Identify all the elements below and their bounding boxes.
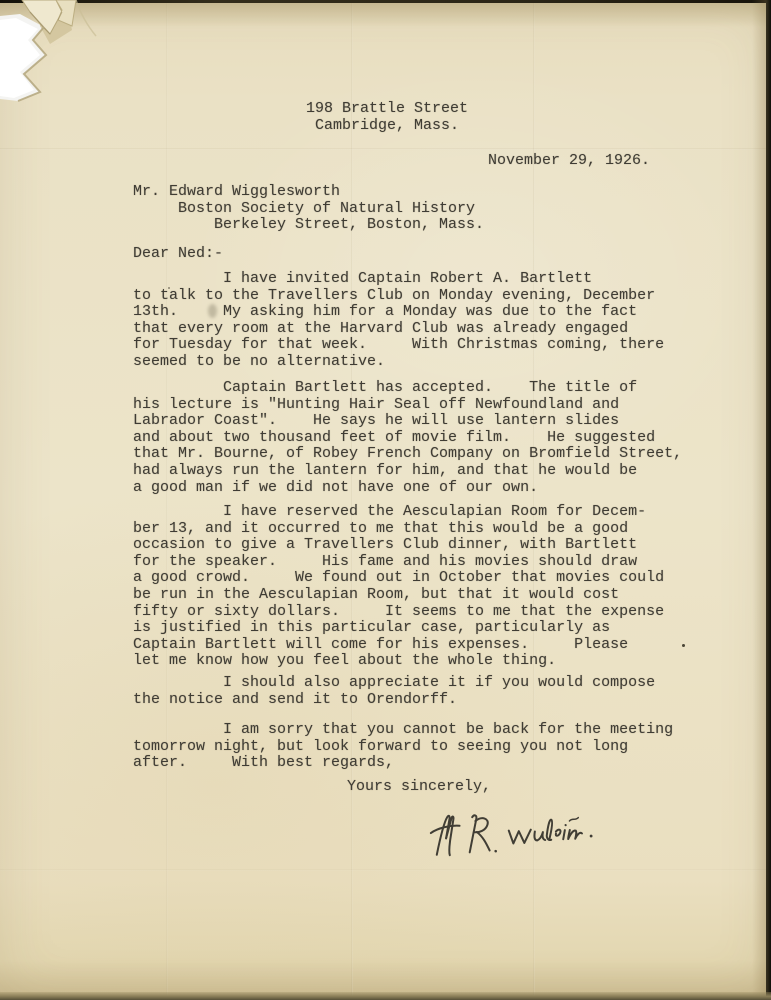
paper-sheet <box>0 0 771 1000</box>
ink-dot-right-margin <box>682 644 685 647</box>
handwritten-signature <box>422 800 625 871</box>
paragraph-4: I should also appreciate it if you would… <box>133 675 655 708</box>
recipient-address: Mr. Edward Wigglesworth Boston Society o… <box>133 184 484 234</box>
torn-corner <box>0 0 130 130</box>
photo-edge-bottom <box>0 992 771 1000</box>
paragraph-1: I have invited Captain Robert A. Bartlet… <box>133 271 664 371</box>
letter-scan-page: 198 Brattle Street Cambridge, Mass. Nove… <box>0 0 771 1000</box>
closing: Yours sincerely, <box>347 779 491 796</box>
sender-address: 198 Brattle Street Cambridge, Mass. <box>286 101 488 134</box>
ink-dot-paragraph-indent <box>168 287 170 289</box>
letter-date: November 29, 1926. <box>488 153 650 170</box>
paragraph-2: Captain Bartlett has accepted. The title… <box>133 380 682 496</box>
photo-edge-right-shade <box>752 0 766 1000</box>
photo-edge-right <box>766 0 771 1000</box>
paragraph-3: I have reserved the Aesculapian Room for… <box>133 504 664 670</box>
paragraph-5: I am sorry that you cannot be back for t… <box>133 722 673 772</box>
salutation: Dear Ned:- <box>133 246 223 263</box>
ink-smudge-after-13th <box>208 304 217 318</box>
